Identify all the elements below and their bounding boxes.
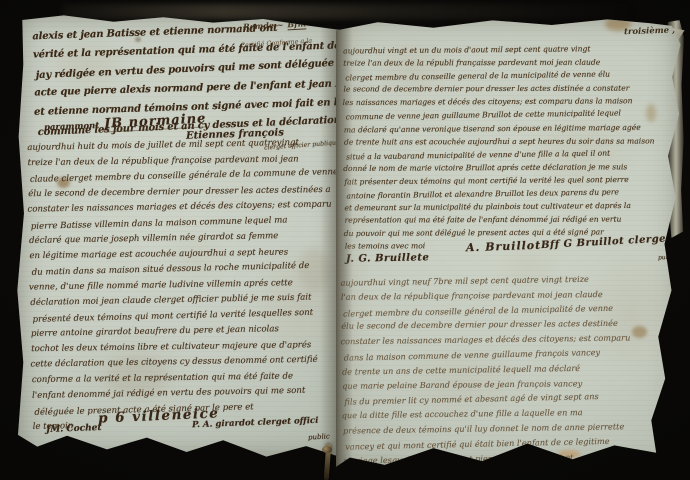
signature: parammont [44, 121, 100, 133]
signature: JM. Cochet [46, 423, 102, 435]
page-header-label: troisième , [624, 26, 675, 38]
act-text-block-faded: aujourdhui vingt neuf 7bre mil sept cent… [341, 270, 680, 468]
archival-manuscript-scan: Remde ~Bfm Certifié Conforme a la alexis… [0, 0, 690, 480]
act-text-block-birth-record: aujourdhui vingt et un du mois d'aout mi… [343, 42, 679, 254]
manuscript-line: donné le nom de marie victoire Bruillot … [343, 160, 677, 175]
right-page: troisième ,Bfm aujourdhui vingt et un du… [336, 12, 684, 476]
binding-cord-knot [322, 446, 332, 453]
left-page: Remde ~Bfm Certifié Conforme a la alexis… [14, 10, 346, 462]
page-stack-top-edge [62, 4, 637, 19]
signature: A. Bruillot [466, 239, 542, 255]
act-text-block-birth-record: aujourdhui huit du mois de juillet de mi… [27, 135, 341, 435]
signature: public [658, 254, 677, 262]
gutter-shadow [336, 12, 366, 476]
